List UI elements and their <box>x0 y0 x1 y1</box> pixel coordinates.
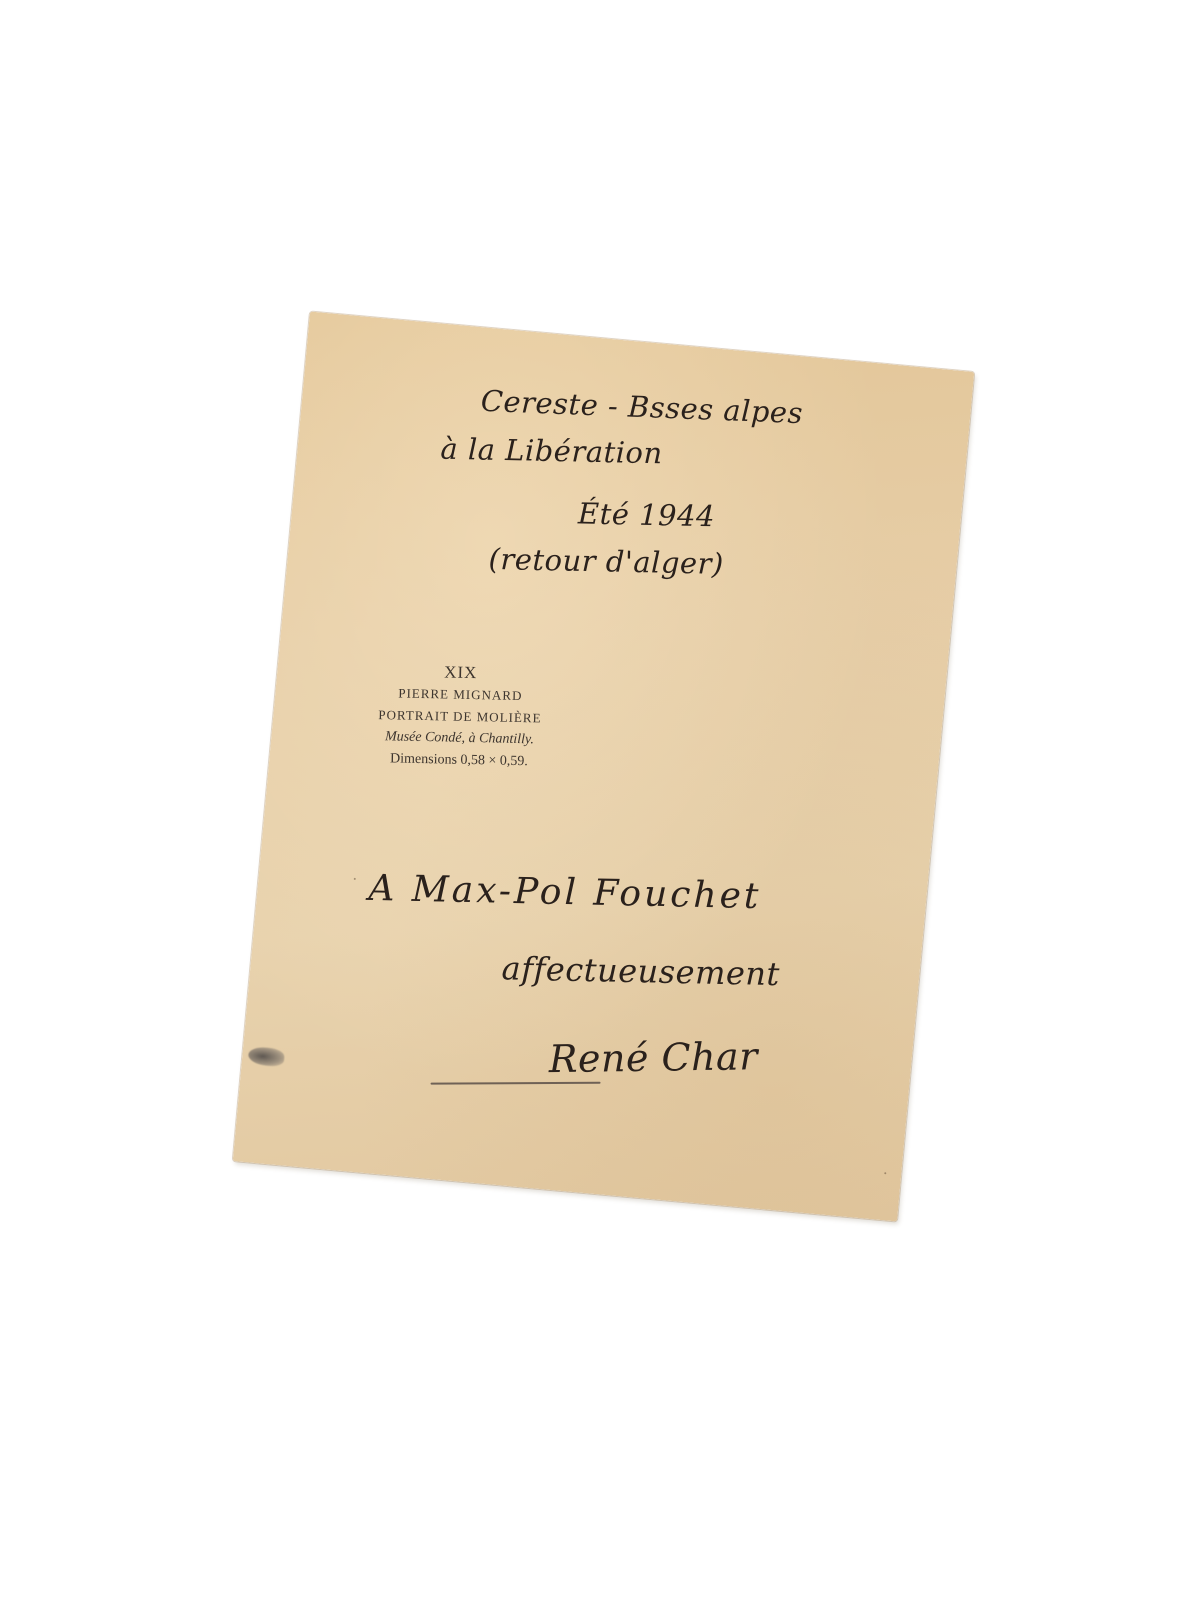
inscription-line-2: à la Libération <box>440 431 663 470</box>
signature: René Char <box>548 1034 758 1081</box>
paper-speck <box>353 877 355 879</box>
inscription-line-4: (retour d'alger) <box>488 541 724 580</box>
document-sheet: Cereste - Bsses alpes à la Libération Ét… <box>232 311 974 1221</box>
ink-stain <box>247 1046 284 1067</box>
inscription-line-1: Cereste - Bsses alpes <box>480 383 803 429</box>
dedication-line-2: affectueusement <box>501 949 780 993</box>
photo-background: Cereste - Bsses alpes à la Libération Ét… <box>0 0 1200 1600</box>
pen-underline-stroke <box>430 1081 600 1084</box>
paper-speck <box>884 1172 886 1174</box>
printed-caption: XIX PIERRE MIGNARD PORTRAIT DE MOLIÈRE M… <box>358 659 560 773</box>
museum-location: Musée Condé, à Chantilly. <box>359 725 559 751</box>
inscription-line-3: Été 1944 <box>577 496 715 533</box>
dedication-line-1: A Max-Pol Fouchet <box>368 867 762 916</box>
